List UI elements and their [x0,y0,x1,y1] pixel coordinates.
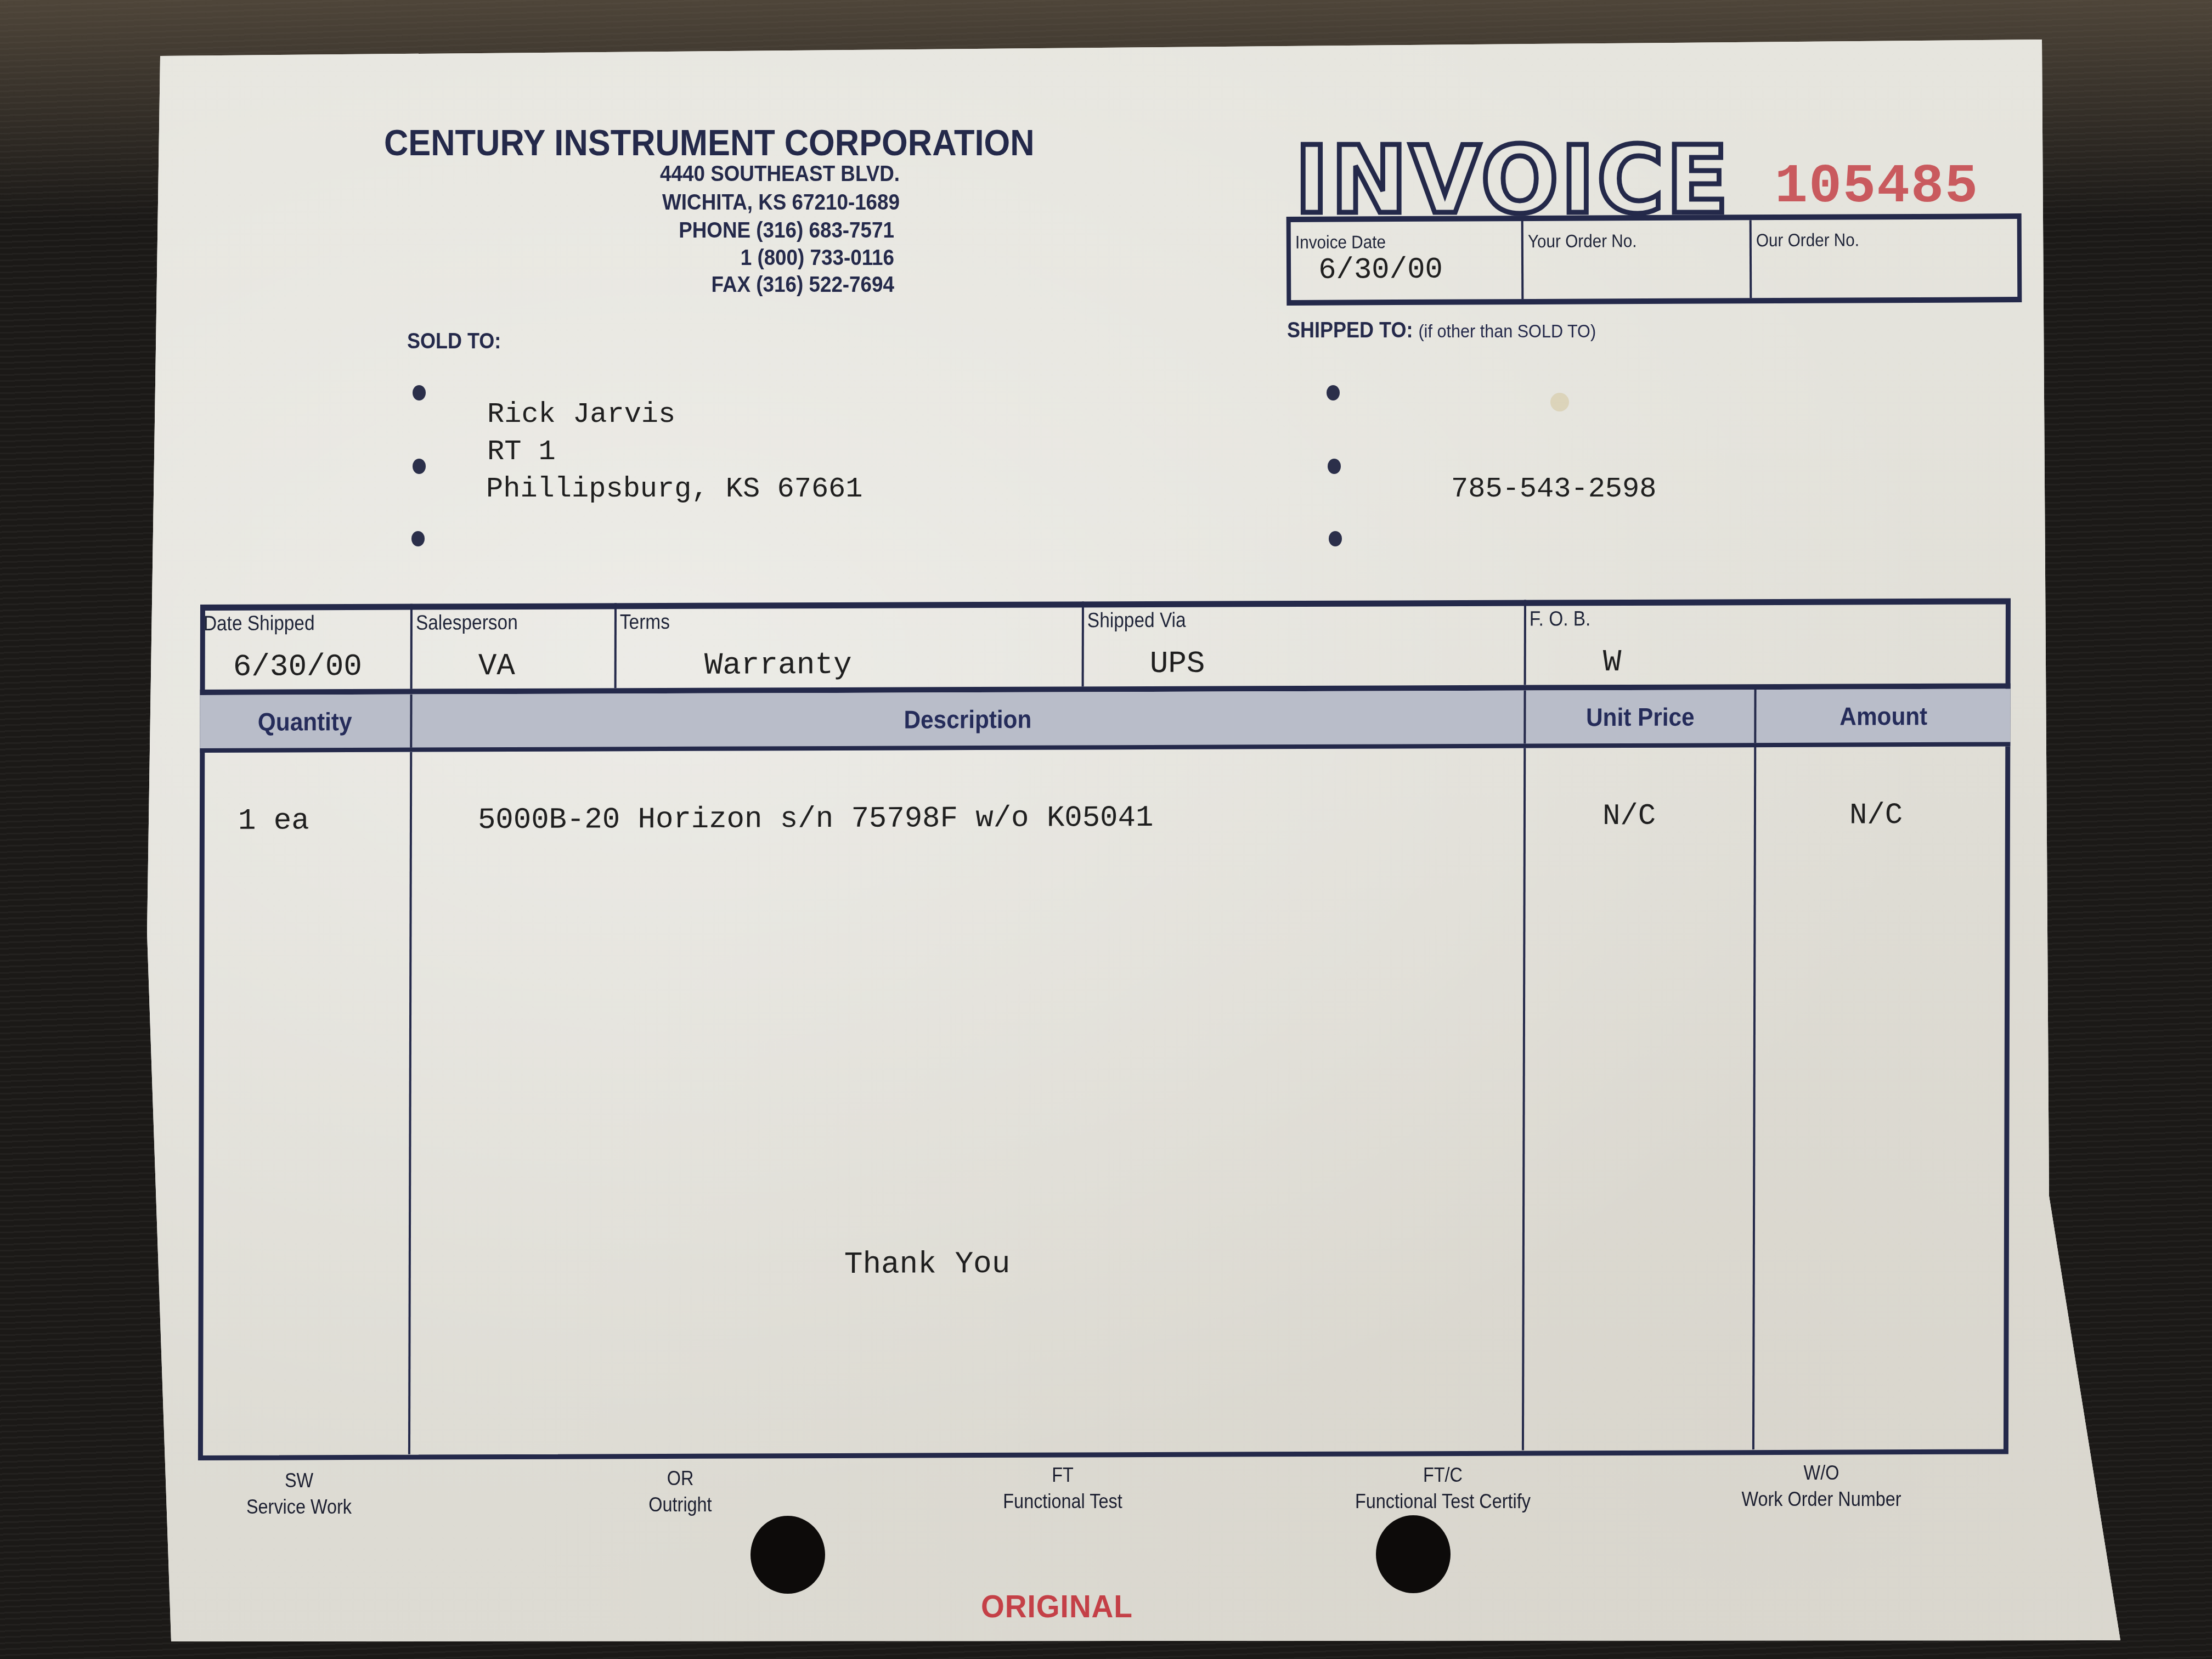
bullet-dot [1329,531,1342,546]
column-header-unit-price: Unit Price [1526,690,1756,743]
sold-to-label: SOLD TO: [407,329,501,354]
punch-hole [751,1516,825,1594]
company-name: CENTURY INSTRUMENT CORPORATION [384,122,1088,163]
bullet-dot [1328,459,1341,474]
quantity-column: 1 ea [198,752,412,1455]
bullet-dot [413,385,426,400]
invoice-date-cell: Invoice Date 6/30/00 [1291,221,1524,300]
shipped-via-cell: Shipped Via UPS [1084,600,1526,687]
legend-functional-test-certify: FT/C Functional Test Certify [1333,1464,1553,1513]
table-row-amount: N/C [1849,799,1903,832]
shipped-to-label: SHIPPED TO: (if other than SOLD TO) [1287,318,1596,343]
company-address-line1: 4440 SOUTHEAST BLVD. [627,162,900,187]
line-items-body: 1 ea 5000B-20 Horizon s/n 75798F w/o K05… [198,746,2010,1455]
description-column: 5000B-20 Horizon s/n 75798F w/o K05041 T… [410,748,1526,1454]
bullet-dot [1327,385,1340,400]
thank-you-note: Thank You [844,1246,1011,1282]
bullet-dot [413,459,426,474]
terms-value: Warranty [704,647,852,683]
shipping-info-row: Date Shipped 6/30/00 Salesperson VA Term… [200,598,2011,695]
sold-to-city-state-zip: Phillipsburg, KS 67661 [486,473,863,505]
your-order-no-cell: Your Order No. [1523,220,1752,299]
company-phone: PHONE (316) 683-7571 [627,218,894,243]
bullet-dot [411,531,425,546]
terms-label: Terms [620,611,670,634]
line-items-header-row: Quantity Description Unit Price Amount [200,689,2010,753]
invoice-date-value: 6/30/00 [1318,253,1443,287]
paper-stain [1550,393,1569,411]
our-order-no-label: Our Order No. [1756,229,1859,251]
column-header-amount: Amount [1756,689,2010,743]
shipped-via-label: Shipped Via [1087,609,1186,633]
salesperson-label: Salesperson [416,611,518,635]
original-copy-stamp: ORIGINAL [981,1588,1133,1625]
invoice-order-box: Invoice Date 6/30/00 Your Order No. Our … [1286,213,2022,306]
punch-hole [1376,1515,1451,1593]
fob-label: F. O. B. [1530,607,1591,631]
invoice-number: 105485 [1775,156,1979,218]
unit-price-column: N/C [1524,747,1756,1450]
our-order-no-cell: Our Order No. [1752,219,2018,298]
company-toll-free: 1 (800) 733-0116 [627,246,894,270]
your-order-no-label: Your Order No. [1528,230,1637,252]
invoice-table: Date Shipped 6/30/00 Salesperson VA Term… [198,598,2011,1455]
fob-cell: F. O. B. W [1526,598,2011,685]
terms-cell: Terms Warranty [617,601,1084,688]
sold-to-name: Rick Jarvis [487,398,675,431]
legend-outright: OR Outright [598,1467,763,1516]
company-fax: FAX (316) 522-7694 [627,273,894,297]
amount-column: N/C [1754,746,2010,1449]
sold-to-street: RT 1 [487,436,556,468]
shipped-to-title: SHIPPED TO: [1287,318,1413,342]
salesperson-cell: Salesperson VA [413,603,617,689]
shipped-via-value: UPS [1150,646,1205,681]
table-row-quantity: 1 ea [238,804,309,838]
legend-service-work: SW Service Work [217,1469,381,1519]
legend-work-order-number: W/O Work Order Number [1712,1462,1931,1511]
salesperson-value: VA [478,648,515,684]
table-row-description: 5000B-20 Horizon s/n 75798F w/o K05041 [478,802,1154,837]
column-header-quantity: Quantity [200,695,412,748]
invoice-date-label: Invoice Date [1295,232,1386,253]
fob-value: W [1603,645,1622,680]
column-header-description: Description [412,691,1526,748]
shipped-to-note: (if other than SOLD TO) [1418,321,1596,342]
table-row-unit-price: N/C [1602,800,1656,833]
date-shipped-label: Date Shipped [204,612,315,636]
company-address-line2: WICHITA, KS 67210-1689 [627,190,900,215]
date-shipped-cell: Date Shipped 6/30/00 [200,604,413,690]
shipped-to-phone: 785-543-2598 [1451,473,1656,505]
date-shipped-value: 6/30/00 [233,649,362,685]
legend-functional-test: FT Functional Test [980,1464,1145,1513]
